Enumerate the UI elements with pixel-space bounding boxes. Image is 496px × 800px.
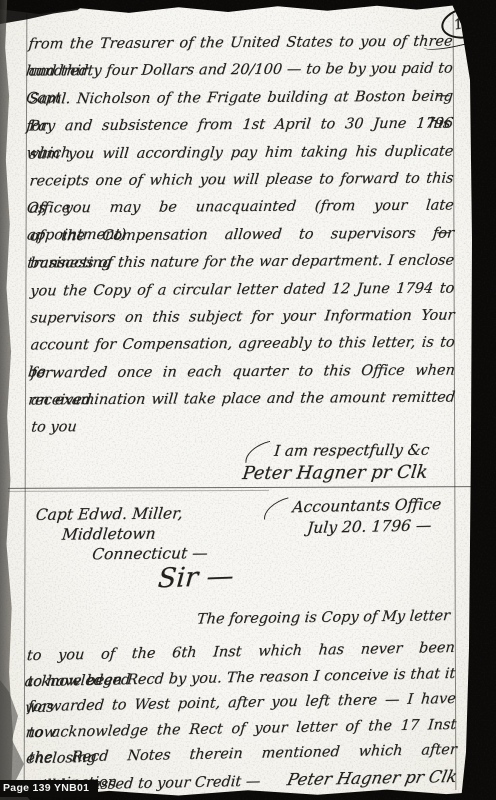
recipient-town: Middletown: [61, 523, 208, 545]
manuscript-line: Pay and subsistence from 1st April to 30…: [28, 111, 455, 141]
footer-label: Page 139 YNB01: [0, 780, 98, 797]
flourish-swash-icon: [261, 497, 290, 520]
letter1-signature: Peter Hagner pr Clk: [30, 459, 457, 487]
manuscript-line: you the Copy of a circular letter dated …: [29, 275, 456, 305]
manuscript-line: business of this nature for the war depa…: [29, 248, 456, 278]
recipient-name: Capt Edwd. Miller,: [35, 503, 208, 525]
manuscript-line: supervisors on this subject for your Inf…: [29, 302, 456, 332]
manuscript-line: to you: [30, 412, 457, 442]
manuscript-line: from the Treasurer of the United States …: [27, 29, 454, 59]
salutation: Sir —: [157, 561, 235, 595]
letter2-opening-line: The foregoing is Copy of My letter: [29, 608, 450, 630]
manuscript-line: and thirty four Dollars and 20/100 — to …: [27, 56, 454, 86]
letter-date: July 20. 1796 —: [285, 515, 453, 540]
flourish-swash-icon: [243, 441, 272, 463]
letter2-signature: Peter Hagner pr Clk: [285, 763, 460, 792]
manuscript-line: an examination will take place and the a…: [30, 385, 457, 415]
manuscript-line: of the Compensation allowed to superviso…: [29, 220, 456, 250]
letter2-body: to you of the 6th Inst which has never b…: [27, 636, 458, 799]
film-edge-left: [0, 0, 13, 800]
manuscript-line: receipts one of which you will please to…: [28, 165, 455, 195]
scanned-letter-page: 144 from the Treasurer of the United Sta…: [0, 0, 496, 800]
letter1-body: from the Treasurer of the United States …: [28, 29, 455, 488]
office-date-block: Accountants Office July 20. 1796 —: [252, 494, 453, 540]
letter1-closing: I am respectfully &c: [30, 439, 456, 462]
film-edge-top-left: [0, 0, 92, 24]
recipient-address-block: Capt Edwd. Miller, Middletown Connecticu…: [36, 503, 208, 565]
manuscript-line: account for Compensation, agreeably to t…: [29, 330, 456, 360]
manuscript-line: as you may be unacquainted (from your la…: [28, 193, 455, 223]
manuscript-line: Saml. Nicholson of the Frigate building …: [28, 83, 455, 113]
manuscript-line: forwarded once in each quarter to this O…: [29, 357, 456, 387]
manuscript-line: sum you will accordingly pay him taking …: [28, 138, 455, 168]
